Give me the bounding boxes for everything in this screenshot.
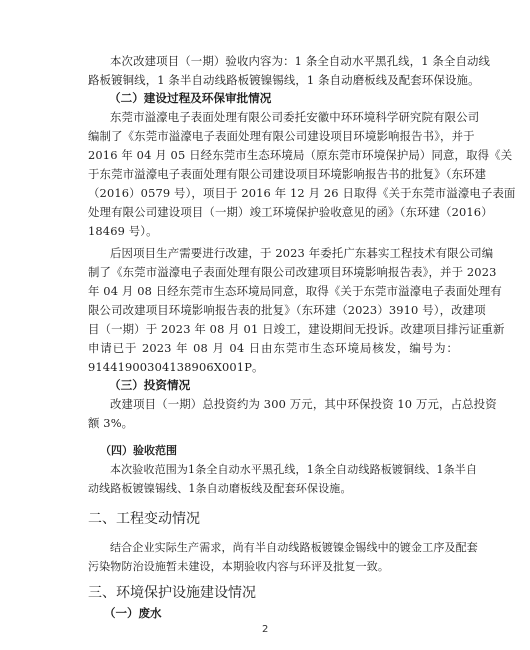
section-3-line-2: 额 3%。	[88, 414, 458, 433]
section-2-p1-line-6: 处理有限公司建设项目（一期）竣工环境保护验收意见的函》（东环建（2016）	[88, 203, 458, 222]
intro-line-1: 本次改建项目（一期）验收内容为：1 条全自动水平黑孔线，1 条全自动线	[110, 52, 458, 71]
section-4-heading: （四）验收范围	[100, 441, 177, 460]
section-2-p2-line-7: 91441900304138906X001P。	[88, 358, 458, 377]
chapter-2-heading: 二、工程变动情况	[88, 509, 200, 529]
section-2-p1-line-5: （2016）0579 号），项目于 2016 年 12 月 26 日取得《关于东…	[88, 184, 458, 203]
section-2-p2-line-5: 目（一期）于 2023 年 08 月 01 日竣工，建设期间无投诉。改建项目排污…	[88, 320, 458, 339]
section-2-p1-line-3: 2016 年 04 月 05 日经东莞市生态环境局（原东莞市环境保护局）同意，取…	[88, 146, 458, 165]
section-2-heading: （二）建设过程及环保审批情况	[109, 89, 271, 108]
section-2-p1-line-2: 编制了《东莞市溢濠电子表面处理有限公司建设项目环境影响报告书》，并于	[88, 127, 458, 146]
section-2-p1-line-1: 东莞市溢濠电子表面处理有限公司委托安徽中环环境科学研究院有限公司	[110, 108, 458, 127]
page-number: 2	[262, 624, 268, 635]
section-4-line-1: 本次验收范围为1条全自动水平黑孔线，1条全自动线路板镀铜线、1条半自	[110, 460, 458, 479]
section-2-p1-line-4: 于东莞市溢濠电子表面处理有限公司建设项目环境影响报告书的批复》（东环建	[88, 165, 458, 184]
section-2-p2-line-1: 后因项目生产需要进行改建，于 2023 年委托广东碁实工程技术有限公司编	[110, 244, 458, 263]
section-2-p2-line-6: 申请已于 2023 年 08 月 04 日由东莞市生态环境局核发，编号为：	[88, 339, 458, 358]
chapter-2-line-2: 污染物防治设施暂未建设，本期验收内容与环评及批复一致。	[88, 557, 458, 576]
chapter-2-line-1: 结合企业实际生产需求，尚有半自动线路板镀镍金锡线中的镀金工序及配套	[110, 538, 458, 557]
chapter-3-sub-heading: （一）废水	[104, 604, 162, 623]
section-4-line-2: 动线路板镀镍锡线、1条自动磨板线及配套环保设施。	[88, 479, 458, 498]
section-2-p2-line-3: 年 04 月 08 日经东莞市生态环境局同意，取得《关于东莞市溢濠电子表面处理有	[88, 282, 458, 301]
intro-line-2: 路板镀铜线，1 条半自动线路板镀镍锡线，1 条自动磨板线及配套环保设施。	[88, 71, 458, 90]
section-2-p1-line-7: 18469 号）。	[88, 222, 458, 241]
section-2-p2-line-4: 限公司改建项目环境影响报告表的批复》（东环建（2023）3910 号），改建项	[88, 301, 458, 320]
document-page: 本次改建项目（一期）验收内容为：1 条全自动水平黑孔线，1 条全自动线 路板镀铜…	[0, 0, 530, 650]
section-3-line-1: 改建项目（一期）总投资约为 300 万元，其中环保投资 10 万元，占总投资	[110, 395, 458, 414]
section-3-heading: （三）投资情况	[109, 376, 190, 395]
section-2-p2-line-2: 制了《东莞市溢濠电子表面处理有限公司改建项目环境影响报告表》，并于 2023	[88, 263, 458, 282]
chapter-3-heading: 三、环境保护设施建设情况	[88, 583, 256, 603]
